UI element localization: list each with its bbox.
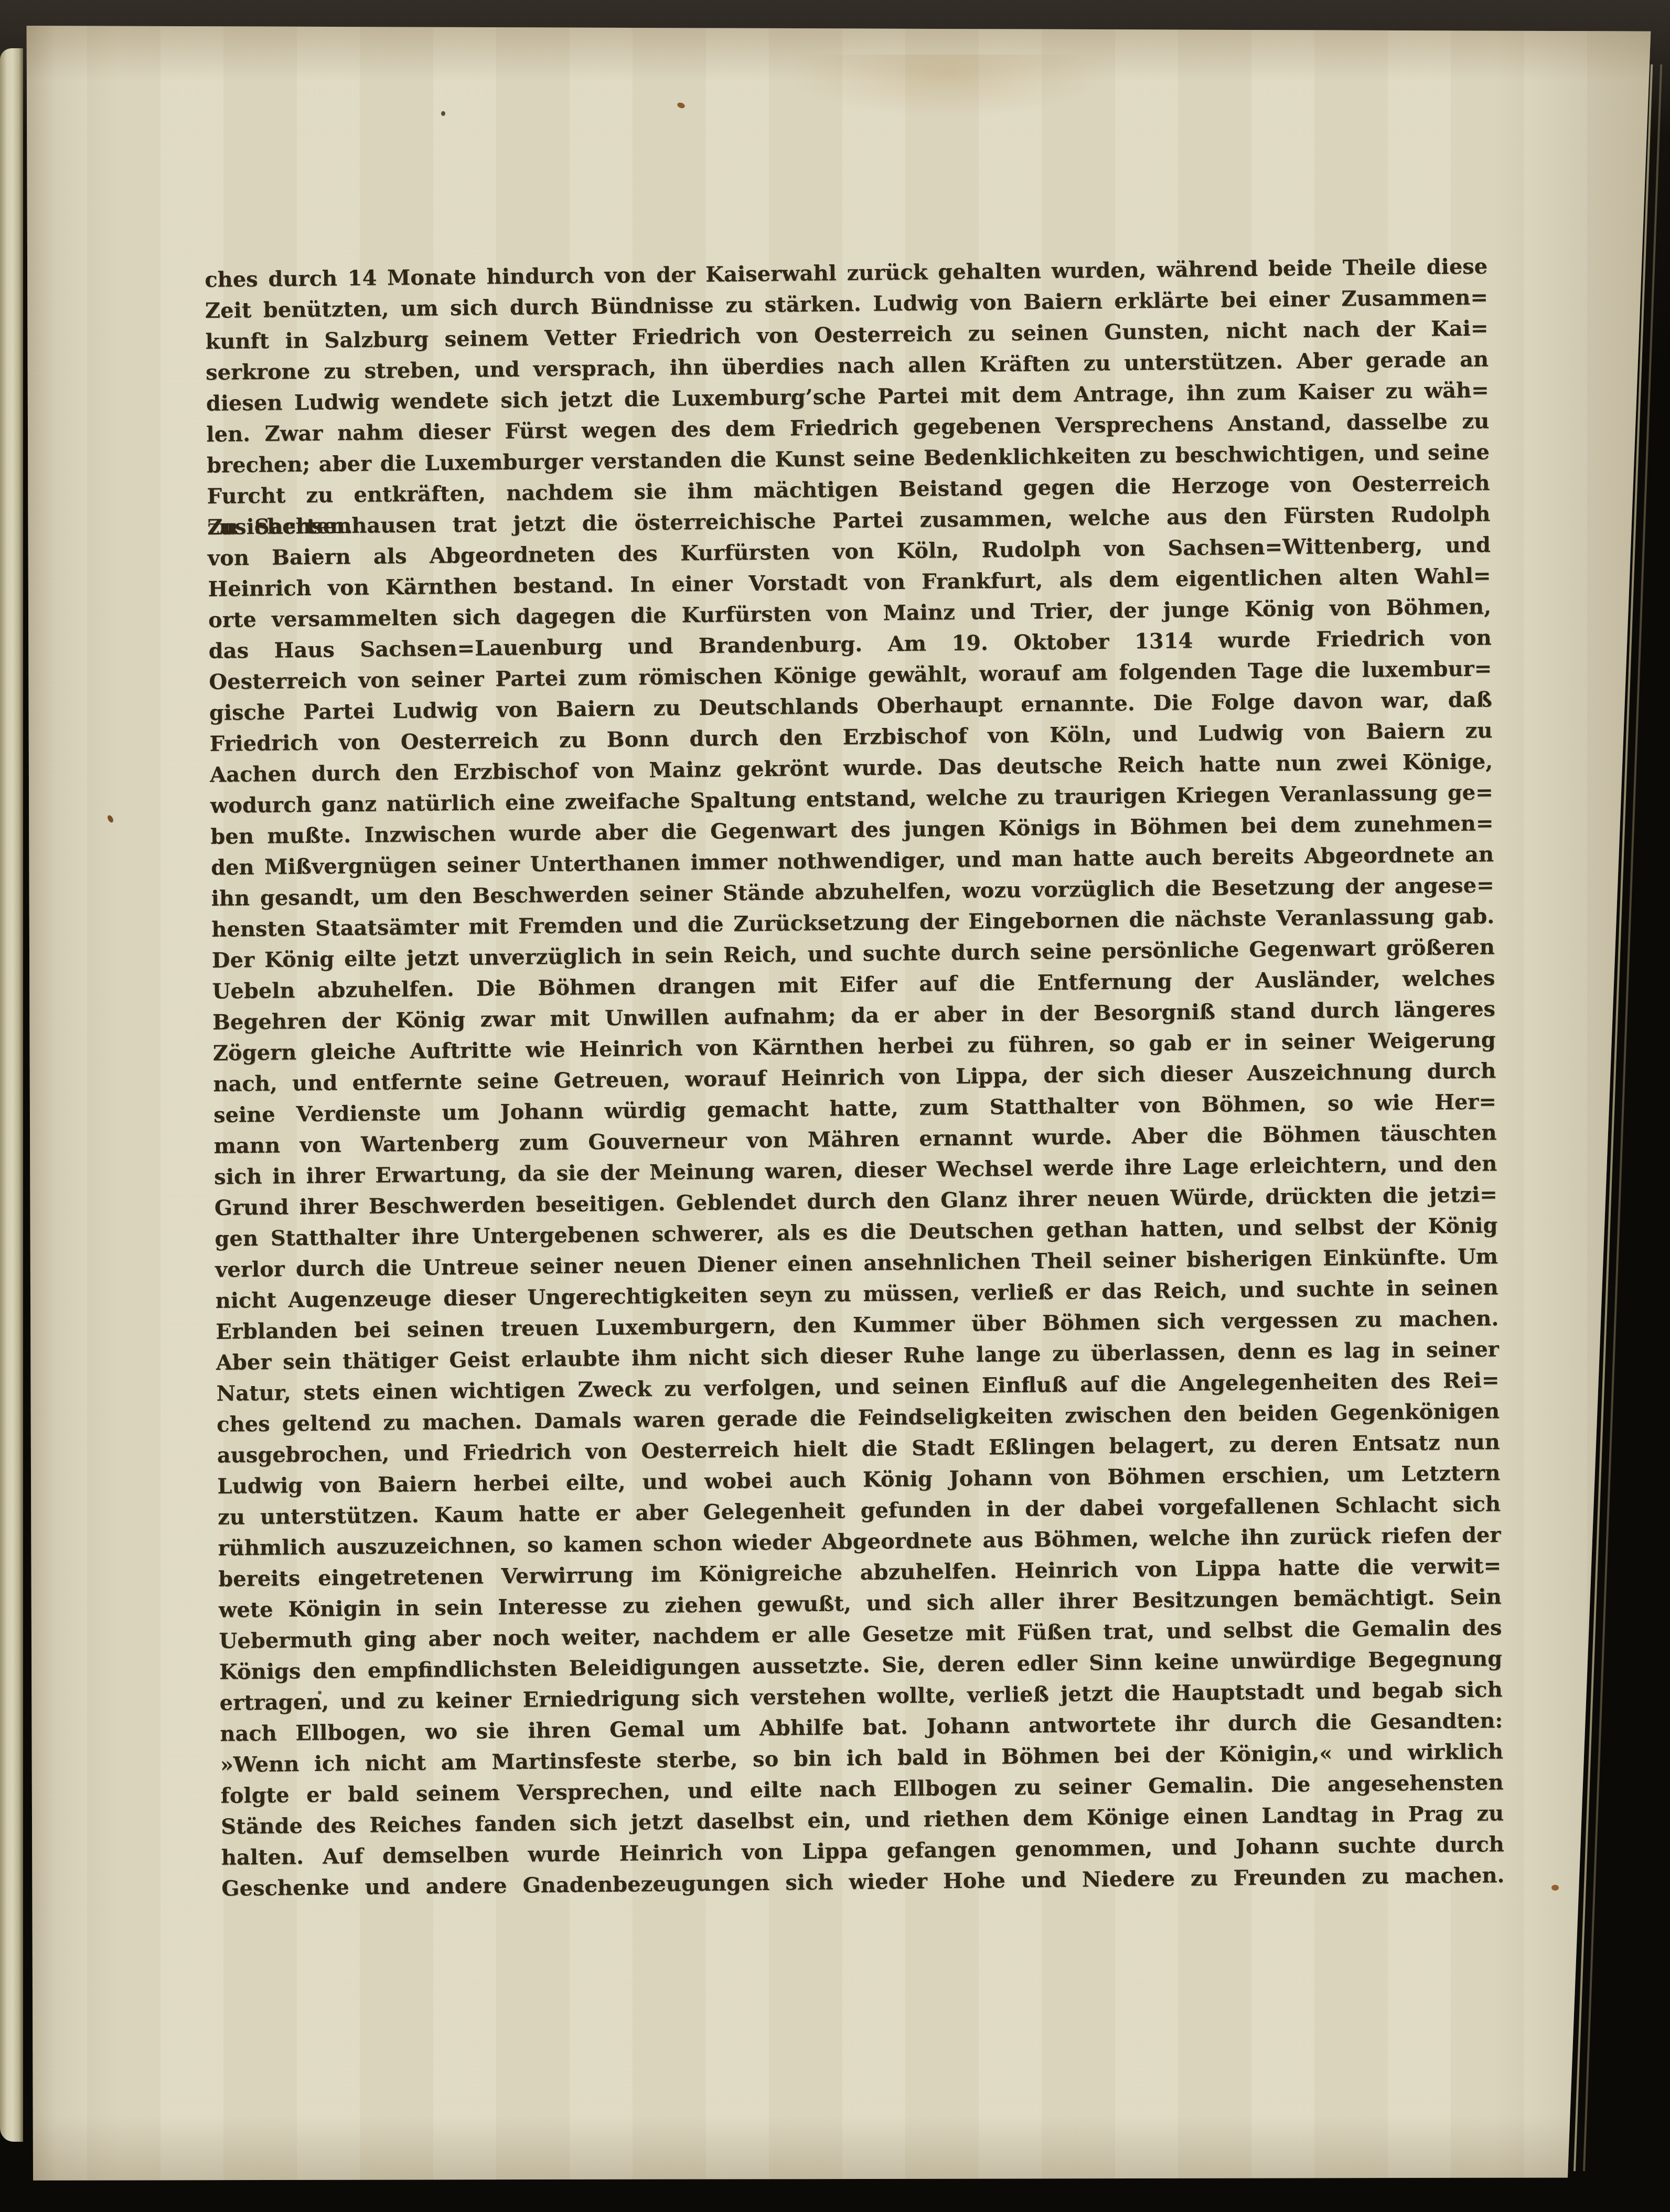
page-text-block: ches durch 14 Monate hindurch von der Ka… [205,251,1505,1904]
paper-speck [106,814,114,823]
book-page: ches durch 14 Monate hindurch von der Ka… [24,23,1653,2184]
book-scan: ches durch 14 Monate hindurch von der Ka… [0,0,1670,2212]
paper-speck [1551,1885,1559,1891]
paper-speck [677,102,686,110]
paper-stain [785,55,1110,117]
paper-speck [441,111,445,116]
underlying-page-edge [0,48,23,2142]
